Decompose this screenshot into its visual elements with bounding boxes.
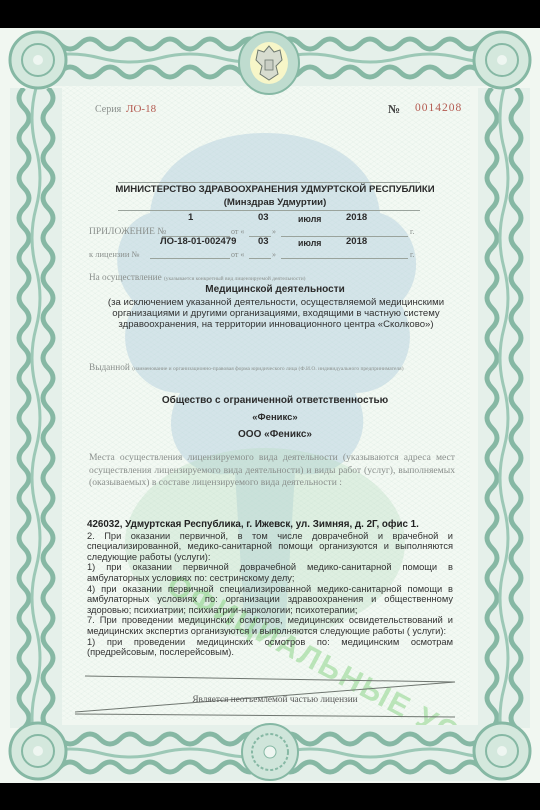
number-value: 0014208 bbox=[415, 102, 462, 114]
license-year-suffix: г. bbox=[410, 250, 414, 259]
detail-paragraph: 4) при оказании первичной специализирова… bbox=[87, 584, 453, 616]
appendix-label: ПРИЛОЖЕНИЕ № bbox=[89, 227, 166, 237]
activity-label-row: На осуществление (указывается конкретный… bbox=[89, 272, 305, 282]
series-value: ЛО-18 bbox=[126, 103, 156, 115]
appendix-month: июля bbox=[298, 214, 321, 224]
activity-hint: (указывается конкретный вид лицензируемо… bbox=[164, 276, 306, 282]
activity-description: (за исключением указанной деятельности, … bbox=[90, 297, 462, 330]
license-date-line bbox=[281, 258, 408, 259]
license-month: июля bbox=[298, 238, 321, 248]
footer-note: Является неотъемлемой частью лицензии bbox=[85, 695, 465, 705]
activity-label: На осуществление bbox=[89, 272, 162, 282]
detail-paragraph: 7. При проведении медицинских осмотров, … bbox=[87, 615, 453, 636]
authority-title: МИНИСТЕРСТВО ЗДРАВООХРАНЕНИЯ УДМУРТСКОЙ … bbox=[100, 184, 450, 195]
appendix-number: 1 bbox=[188, 212, 193, 223]
left-guilloche-border bbox=[10, 88, 62, 728]
org-full-name-line1: Общество с ограниченной ответственностью bbox=[85, 395, 465, 406]
activity-title: Медицинской деятельности bbox=[85, 284, 465, 295]
appendix-from-label: от « bbox=[231, 227, 244, 236]
detail-paragraph: 2. При оказании первичной, в том числе д… bbox=[87, 531, 453, 563]
issued-hint: (наименование и организационно-правовая … bbox=[132, 366, 403, 372]
issued-label-row: Выданной (наименование и организационно-… bbox=[89, 362, 459, 376]
appendix-quote-close: » bbox=[272, 227, 276, 236]
license-appendix-document: ОФИЦИАЛЬНЫЕ УС bbox=[0, 28, 540, 783]
license-day: 03 bbox=[258, 236, 269, 247]
appendix-year-suffix: г. bbox=[410, 227, 414, 236]
detail-paragraph: 1) при проведении медицинских осмотров п… bbox=[87, 637, 453, 658]
license-label: к лицензии № bbox=[89, 249, 140, 259]
activity-details: 426032, Удмуртская Республика, г. Ижевск… bbox=[87, 520, 453, 658]
authority-short-name: (Минздрав Удмуртии) bbox=[100, 197, 450, 208]
series-label: Серия bbox=[95, 104, 121, 115]
appendix-year: 2018 bbox=[346, 212, 367, 223]
number-label: № bbox=[388, 102, 400, 117]
detail-paragraph: 1) при оказании первичной доврачебной ме… bbox=[87, 562, 453, 583]
license-from-label: от « bbox=[231, 250, 244, 259]
issued-label: Выданной bbox=[89, 363, 130, 373]
places-label: Места осуществления лицензируемого вида … bbox=[89, 452, 455, 490]
blank-strike-lines bbox=[75, 668, 465, 718]
corner-rosette-icon bbox=[6, 719, 70, 783]
appendix-day: 03 bbox=[258, 212, 269, 223]
org-full-name-line2: «Феникс» bbox=[85, 412, 465, 423]
authority-top-line bbox=[118, 182, 420, 183]
right-guilloche-border bbox=[478, 88, 530, 728]
address: 426032, Удмуртская Республика, г. Ижевск… bbox=[87, 520, 453, 531]
license-year: 2018 bbox=[346, 236, 367, 247]
authority-bottom-line bbox=[118, 210, 420, 211]
license-number-line bbox=[150, 258, 230, 259]
russian-coat-of-arms-icon bbox=[238, 30, 300, 96]
license-quote-close: » bbox=[272, 250, 276, 259]
bottom-rosette-icon bbox=[238, 721, 302, 783]
license-day-line bbox=[249, 258, 271, 259]
corner-rosette-icon bbox=[470, 719, 534, 783]
corner-rosette-icon bbox=[6, 28, 70, 92]
appendix-date-line bbox=[281, 236, 408, 237]
org-short-name: ООО «Феникс» bbox=[85, 429, 465, 440]
license-number: ЛО-18-01-002479 bbox=[160, 236, 236, 247]
corner-rosette-icon bbox=[470, 28, 534, 92]
